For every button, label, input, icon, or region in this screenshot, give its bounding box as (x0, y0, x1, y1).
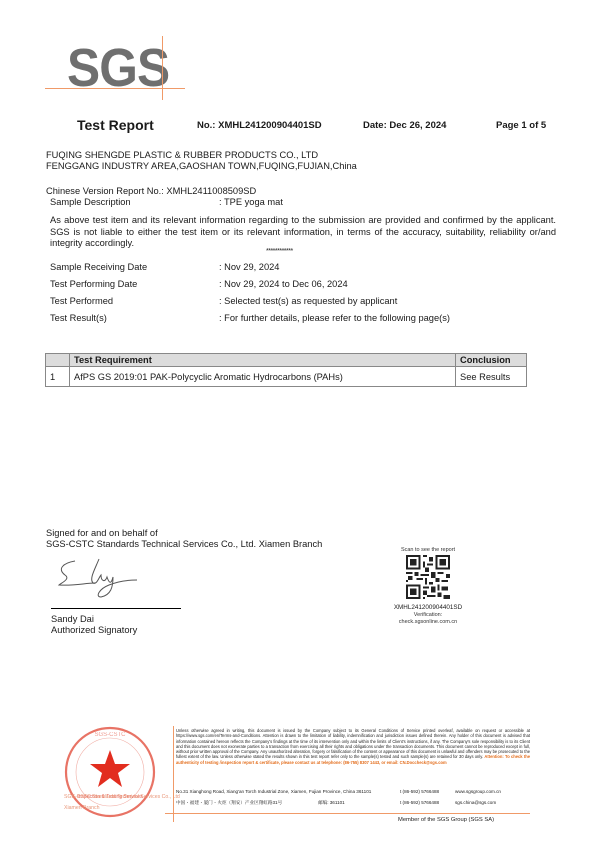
test-requirements-table: Test Requirement Conclusion 1 AfPS GS 20… (45, 353, 527, 387)
signatory-title: Authorized Signatory (51, 625, 137, 636)
footer-horizontal-rule (165, 813, 530, 814)
footer-fine-print: Unless otherwise agreed in writing, this… (176, 728, 530, 765)
footer-address-cn: 中国・福建・厦门・火炬（翔安）产业区翔虹路31号 (176, 800, 282, 806)
applicant-company: FUQING SHENGDE PLASTIC & RUBBER PRODUCTS… (46, 150, 357, 161)
field-value: : Selected test(s) as requested by appli… (219, 296, 397, 306)
qr-report-id: XMHL241200904401SD (388, 604, 468, 612)
separator-stars: ************ (266, 248, 293, 255)
qr-verification-site[interactable]: check.sgsonline.com.cn (388, 619, 468, 626)
field-label: Test Result(s) (50, 313, 107, 323)
signature-line (51, 608, 181, 609)
sgs-group-membership: Member of the SGS Group (SGS SA) (398, 817, 494, 823)
footer-vertical-rule (173, 726, 174, 822)
qr-code[interactable] (406, 555, 450, 599)
footer-address-en: No.31 Xianghong Road, Xiang'an Torch Ind… (176, 789, 371, 794)
header-conclusion: Conclusion (456, 354, 527, 367)
footer-phone-1: t (86-592) 5766488 (400, 789, 439, 794)
qr-verification-block: Scan to see the report XMHL241200904401S… (388, 547, 468, 626)
qr-verification-label: Verification: (388, 612, 468, 619)
signing-organization: SGS-CSTC Standards Technical Services Co… (46, 539, 322, 550)
sample-description-label: Sample Description (50, 197, 131, 208)
footer-postcode-cn: 邮编: 361101 (318, 800, 345, 806)
field-label: Sample Receiving Date (50, 262, 147, 272)
row-conclusion: See Results (456, 367, 527, 387)
applicant-address: FENGGANG INDUSTRY AREA,GAOSHAN TOWN,FUQI… (46, 161, 357, 172)
field-label: Test Performed (50, 296, 113, 306)
chinese-version-block: Chinese Version Report No.: XMHL24110085… (46, 186, 256, 208)
field-value: : Nov 29, 2024 to Dec 06, 2024 (219, 279, 348, 289)
disclaimer-paragraph: As above test item and its relevant info… (50, 215, 556, 250)
handwritten-signature (55, 555, 145, 600)
row-index: 1 (46, 367, 70, 387)
seal-company-line1: SGS-CSTC Standards Technical Services Co… (64, 792, 180, 803)
header-test-requirement: Test Requirement (70, 354, 456, 367)
sgs-logo: SGS (45, 36, 185, 100)
field-label: Test Performing Date (50, 279, 137, 289)
page-number: Page 1 of 5 (496, 120, 546, 131)
svg-text:SGS-CSTC: SGS-CSTC (94, 732, 126, 738)
table-row: 1 AfPS GS 2019:01 PAK-Polycyclic Aromati… (46, 367, 527, 387)
page-title: Test Report (77, 117, 154, 133)
report-number: No.: XMHL241200904401SD (197, 120, 322, 131)
header-index (46, 354, 70, 367)
footer-phone-2: t (86-592) 5766488 (400, 800, 439, 805)
logo-accent-vertical (162, 36, 163, 100)
sgs-logo-text: SGS (67, 36, 169, 100)
signed-for-text: Signed for and on behalf of (46, 528, 322, 539)
signed-on-behalf-block: Signed for and on behalf of SGS-CSTC Sta… (46, 528, 322, 550)
footer-website[interactable]: www.sgsgroup.com.cn (455, 789, 501, 794)
footer-email[interactable]: sgs.china@sgs.com (455, 800, 496, 805)
seal-company-text: SGS-CSTC Standards Technical Services Co… (64, 792, 180, 814)
terms-text: Unless otherwise agreed in writing, this… (176, 728, 530, 759)
field-value: : Nov 29, 2024 (219, 262, 279, 272)
qr-caption: Scan to see the report (388, 547, 468, 554)
logo-accent-horizontal (45, 88, 185, 89)
signatory-block: Sandy Dai Authorized Signatory (51, 614, 137, 636)
signatory-name: Sandy Dai (51, 614, 137, 625)
table-header-row: Test Requirement Conclusion (46, 354, 527, 367)
row-test-requirement: AfPS GS 2019:01 PAK-Polycyclic Aromatic … (70, 367, 456, 387)
field-value: : For further details, please refer to t… (219, 313, 450, 323)
sample-description-value: : TPE yoga mat (219, 197, 283, 208)
sample-description-row: Sample Description : TPE yoga mat (50, 197, 256, 208)
applicant-block: FUQING SHENGDE PLASTIC & RUBBER PRODUCTS… (46, 150, 357, 172)
seal-company-line2: Xiamen Branch (64, 803, 180, 814)
report-date: Date: Dec 26, 2024 (363, 120, 446, 131)
chinese-version-report-no: Chinese Version Report No.: XMHL24110085… (46, 186, 256, 197)
